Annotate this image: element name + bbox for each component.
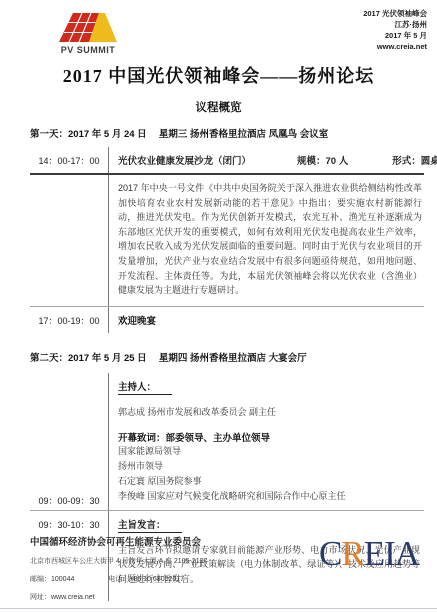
opening-speech-label: 开幕致词：部委领导、主办单位领导 — [118, 430, 422, 444]
keynote-label: 主旨发言： — [118, 517, 422, 533]
speaker-line: 扬州市领导 — [118, 459, 422, 474]
table-row: 14：00-17：00 光伏农业健康发展沙龙（闭门） 规模：70 人 形式：圆桌… — [30, 147, 424, 175]
solar-panel-icon — [59, 12, 117, 44]
organization-name: 中国循环经济协会可再生能源专业委员会 — [30, 534, 207, 548]
page-title: 2017 中国光伏领袖峰会——扬州论坛 — [0, 62, 437, 88]
day1-agenda-table: 14：00-17：00 光伏农业健康发展沙龙（闭门） 规模：70 人 形式：圆桌… — [30, 147, 424, 333]
opening-time: 09：00-09：30 — [30, 373, 108, 510]
speaker-line: 石定寰 原国务院参事 — [118, 474, 422, 489]
speaker-line: 国家能源局领导 — [118, 444, 422, 459]
event-name: 2017 光伏领袖峰会 — [363, 8, 427, 19]
event-date: 2017 年 5 月 — [363, 30, 427, 41]
organization-address: 北京市西城区车公庄大街甲 4 号物华大厦 A 座 2105-2107 — [30, 556, 207, 566]
salon-scale: 规模：70 人 — [297, 153, 348, 167]
table-row: 09：00-09：30 主持人： 郭志成 扬州市发展和改革委员会 副主任 开幕致… — [30, 373, 424, 511]
bottom-divider — [0, 608, 437, 609]
event-location: 江苏·扬州 — [363, 19, 427, 30]
empty-time-cell — [30, 175, 108, 306]
opening-block: 主持人： 郭志成 扬州市发展和改革委员会 副主任 开幕致词：部委领导、主办单位领… — [108, 373, 424, 510]
salon-description: 2017 年中央一号文件《中共中央国务院关于深入推进农业供给侧结构性改革加快培育… — [108, 175, 424, 306]
creia-letter-r: R — [341, 534, 363, 573]
table-row: 17：00-19：00 欢迎晚宴 — [30, 307, 424, 333]
salon-format: 形式：圆桌会议 — [392, 153, 437, 167]
creia-letter-c: C — [319, 534, 341, 573]
document-page: PV SUMMIT 2017 光伏领袖峰会 江苏·扬州 2017 年 5 月 w… — [0, 0, 437, 612]
day2-heading: 第二天：2017 年 5 月 25 日 星期四 扬州香格里拉酒店 大宴会厅 — [30, 350, 423, 364]
website: 网址：www.creia.net — [30, 592, 207, 602]
page-header: PV SUMMIT 2017 光伏领袖峰会 江苏·扬州 2017 年 5 月 w… — [0, 0, 437, 58]
salon-time: 14：00-17：00 — [30, 147, 108, 173]
postcode: 邮编：100044 — [30, 576, 74, 583]
host-label: 主持人： — [118, 379, 422, 395]
event-website: www.creia.net — [363, 41, 427, 52]
creia-logo: CREIA — [319, 536, 419, 571]
postcode-phone-line: 邮编：100044电话：+86 10 68002617 — [30, 574, 207, 584]
page-footer: 中国循环经济协会可再生能源专业委员会 北京市西城区车公庄大街甲 4 号物华大厦 … — [0, 534, 437, 612]
header-event-info: 2017 光伏领袖峰会 江苏·扬州 2017 年 5 月 www.creia.n… — [363, 8, 427, 52]
day1-heading: 第一天：2017 年 5 月 24 日 星期三 扬州香格里拉酒店 凤凰鸟 会议室 — [30, 126, 423, 140]
host-name: 郭志成 扬州市发展和改革委员会 副主任 — [118, 405, 422, 420]
creia-letters-eia: EIA — [364, 534, 419, 573]
table-row: 2017 年中央一号文件《中共中央国务院关于深入推进农业供给侧结构性改革加快培育… — [30, 175, 424, 307]
salon-title: 光伏农业健康发展沙龙（闭门） — [118, 153, 251, 167]
agenda-overview-label: 议程概览 — [0, 99, 437, 115]
keynote-host-line: 李俊峰 国家应对气候变化战略研究和国际合作中心原主任 — [118, 489, 422, 504]
dinner-time: 17：00-19：00 — [30, 307, 108, 333]
pv-summit-logo-text: PV SUMMIT — [56, 45, 120, 55]
salon-header: 光伏农业健康发展沙龙（闭门） 规模：70 人 形式：圆桌会议 — [118, 153, 437, 167]
dinner-title: 欢迎晚宴 — [108, 307, 424, 333]
footer-contact-block: 中国循环经济协会可再生能源专业委员会 北京市西城区车公庄大街甲 4 号物华大厦 … — [30, 534, 207, 602]
pv-summit-logo: PV SUMMIT — [56, 12, 120, 55]
phone: 电话：+86 10 68002617 — [108, 576, 184, 583]
